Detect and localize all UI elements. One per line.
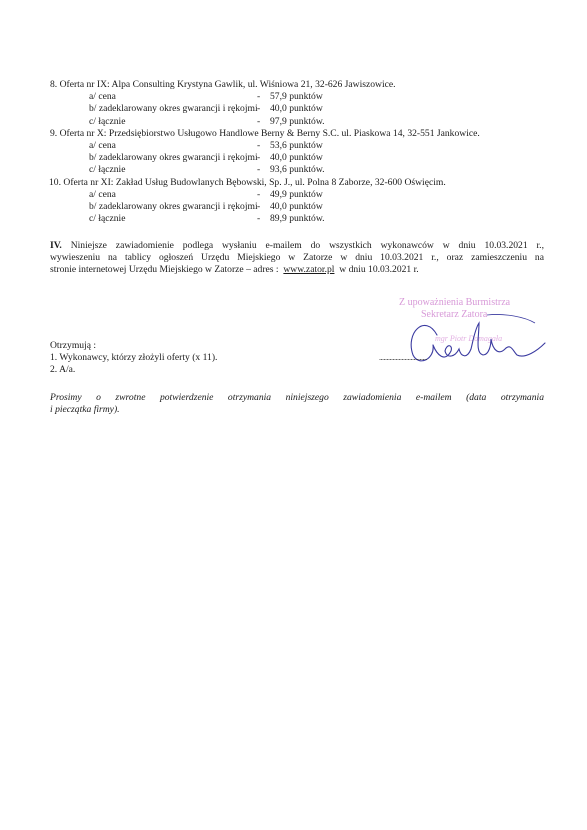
section-iv-line: stronie internetowej Urzędu Miejskiego w… xyxy=(50,264,544,276)
score-label: b/ zadeklarowany okres gwarancji i rękoj… xyxy=(89,152,258,164)
offer-score-row: a/ cena - 49,9 punktów xyxy=(50,189,550,201)
recipients-title: Otrzymują : xyxy=(50,340,217,352)
offer-score-row: a/ cena - 53,6 punktów xyxy=(50,140,550,152)
recipients-block: Otrzymują : 1. Wykonawcy, którzy złożyli… xyxy=(50,340,217,377)
score-value: 97,9 punktów. xyxy=(270,116,325,128)
score-label: a/ cena xyxy=(89,91,116,103)
offer-heading: 9. Oferta nr X: Przedsiębiorstwo Usługow… xyxy=(50,128,550,140)
offer-score-row: a/ cena - 57,9 punktów xyxy=(50,91,550,103)
offer-score-row: c/ łącznie - 93,6 punktów. xyxy=(50,164,550,176)
score-label: c/ łącznie xyxy=(89,116,125,128)
score-label: c/ łącznie xyxy=(89,213,125,225)
offer-score-row: b/ zadeklarowany okres gwarancji i rękoj… xyxy=(50,152,550,164)
score-value: 53,6 punktów xyxy=(270,140,323,152)
confirmation-line: Prosimy o zwrotne potwierdzenie otrzyman… xyxy=(50,392,544,404)
score-value: 57,9 punktów xyxy=(270,91,323,103)
offer-score-row: c/ łącznie - 97,9 punktów. xyxy=(50,116,550,128)
section-iv-line: wywieszeniu na tablicy ogłoszeń Urzędu M… xyxy=(50,252,544,264)
offers-list: 8. Oferta nr IX: Alpa Consulting Krystyn… xyxy=(50,79,550,225)
score-dash: - xyxy=(257,189,260,201)
signature-line: ................................ xyxy=(379,352,427,364)
section-iv-line: IV. Niniejsze zawiadomienie podlega wysł… xyxy=(50,240,544,252)
offer-score-row: c/ łącznie - 89,9 punktów. xyxy=(50,213,550,225)
section-iv-paragraph: IV. Niniejsze zawiadomienie podlega wysł… xyxy=(50,240,544,277)
offer-heading: 10. Oferta nr XI: Zakład Usług Budowlany… xyxy=(49,177,550,189)
section-iv-text: w dniu 10.03.2021 r. xyxy=(334,264,418,275)
score-dash: - xyxy=(257,103,260,115)
score-value: 40,0 punktów xyxy=(270,201,323,213)
score-label: c/ łącznie xyxy=(89,164,125,176)
offer-score-row: b/ zadeklarowany okres gwarancji i rękoj… xyxy=(50,103,550,115)
score-dash: - xyxy=(257,140,260,152)
confirmation-line: i pieczątka firmy). xyxy=(50,404,544,416)
document-page: 8. Oferta nr IX: Alpa Consulting Krystyn… xyxy=(0,0,587,830)
section-numeral: IV. xyxy=(50,240,62,251)
score-dash: - xyxy=(257,201,260,213)
section-iv-text: Niniejsze zawiadomienie podlega wysłaniu… xyxy=(71,240,544,251)
score-value: 93,6 punktów. xyxy=(270,164,325,176)
website-link[interactable]: www.zator.pl xyxy=(283,264,334,275)
section-iv-text: stronie internetowej Urzędu Miejskiego w… xyxy=(50,264,283,275)
score-dash: - xyxy=(257,164,260,176)
score-dash: - xyxy=(257,213,260,225)
offer-heading: 8. Oferta nr IX: Alpa Consulting Krystyn… xyxy=(50,79,550,91)
score-value: 40,0 punktów xyxy=(270,152,323,164)
recipient-item: 1. Wykonawcy, którzy złożyli oferty (x 1… xyxy=(50,352,217,364)
score-label: b/ zadeklarowany okres gwarancji i rękoj… xyxy=(89,103,258,115)
score-label: a/ cena xyxy=(89,140,116,152)
score-value: 40,0 punktów xyxy=(270,103,323,115)
score-value: 89,9 punktów. xyxy=(270,213,325,225)
score-value: 49,9 punktów xyxy=(270,189,323,201)
recipient-item: 2. A/a. xyxy=(50,364,217,376)
score-dash: - xyxy=(257,152,260,164)
score-label: a/ cena xyxy=(89,189,116,201)
score-dash: - xyxy=(257,91,260,103)
score-label: b/ zadeklarowany okres gwarancji i rękoj… xyxy=(89,201,258,213)
score-dash: - xyxy=(257,116,260,128)
confirmation-request: Prosimy o zwrotne potwierdzenie otrzyman… xyxy=(50,392,544,416)
offer-score-row: b/ zadeklarowany okres gwarancji i rękoj… xyxy=(50,201,550,213)
